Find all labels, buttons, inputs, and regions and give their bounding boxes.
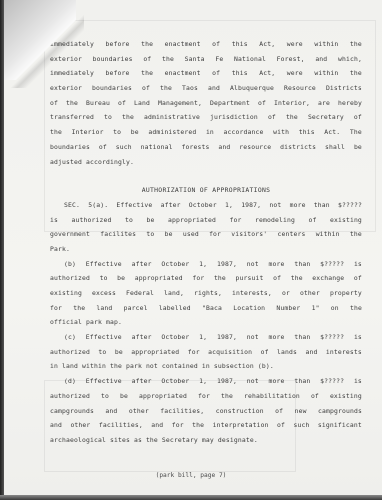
text-line: authorizedtobeappropriatedfortherehabili…	[50, 389, 362, 404]
text-line: transferredtotheadministrativejurisdicti…	[50, 110, 362, 125]
text-line: immediatelybeforetheenactmentofthisAct,w…	[50, 37, 362, 52]
section-5d: (d)EffectiveafterOctober1,1987,notmoreth…	[50, 374, 362, 447]
text-line: exteriorboundariesoftheTaosandAlbuquerqu…	[50, 81, 362, 96]
section-5a: SEC.5(a).EffectiveafterOctober1,1987,not…	[50, 198, 362, 257]
document-body: immediatelybeforetheenactmentofthisAct,w…	[50, 37, 362, 448]
paragraph-transfer: immediatelybeforetheenactmentofthisAct,w…	[50, 37, 362, 169]
text-line: andotherfacilities,andfortheinterpretati…	[50, 418, 362, 433]
section-heading: AUTHORIZATION OF APPROPRIATIONS	[50, 183, 362, 198]
text-line: forthelandparcellabelled"BacaLocationNum…	[50, 301, 362, 316]
text-line: archaeological sites as the Secretary ma…	[50, 433, 362, 448]
text-line: (d)EffectiveafterOctober1,1987,notmoreth…	[50, 374, 362, 389]
section-5c: (c)EffectiveafterOctober1,1987,notmoreth…	[50, 330, 362, 374]
text-line: authorizedtobeappropriatedforthepursuito…	[50, 271, 362, 286]
section-5b: (b)EffectiveafterOctober1,1987,notmoreth…	[50, 257, 362, 330]
text-line: adjusted accordingly.	[50, 155, 362, 170]
page-footer: (park bill, page 7)	[0, 472, 382, 479]
text-line: in land within the park not contained in…	[50, 359, 362, 374]
document-page: immediatelybeforetheenactmentofthisAct,w…	[4, 0, 382, 495]
text-line: (b)EffectiveafterOctober1,1987,notmoreth…	[50, 257, 362, 272]
text-line: SEC.5(a).EffectiveafterOctober1,1987,not…	[50, 198, 362, 213]
text-line: campgroundsandotherfacilities,constructi…	[50, 404, 362, 419]
text-line: theInteriortobeadministeredinaccordancew…	[50, 125, 362, 140]
page-corner-fold	[4, 0, 76, 80]
text-line: (c)EffectiveafterOctober1,1987,notmoreth…	[50, 330, 362, 345]
text-line: existingexcessFederalland,rights,interes…	[50, 286, 362, 301]
text-line: boundariesofsuchnationalforestsandresour…	[50, 140, 362, 155]
text-line: immediatelybeforetheenactmentofthisAct,w…	[50, 66, 362, 81]
text-line: exteriorboundariesoftheSantaFeNationalFo…	[50, 52, 362, 67]
text-line: authorizedtobeappropriatedforacquisition…	[50, 345, 362, 360]
text-line: Park.	[50, 242, 362, 257]
text-line: isauthorizedtobeappropriatedforremodelin…	[50, 213, 362, 228]
text-line: governmentfacilitestobeusedforvisitors'c…	[50, 227, 362, 242]
text-line: oftheBureauofLandManagement,Departmentof…	[50, 96, 362, 111]
text-line: official park map.	[50, 315, 362, 330]
scan-bottom-edge	[0, 495, 382, 500]
